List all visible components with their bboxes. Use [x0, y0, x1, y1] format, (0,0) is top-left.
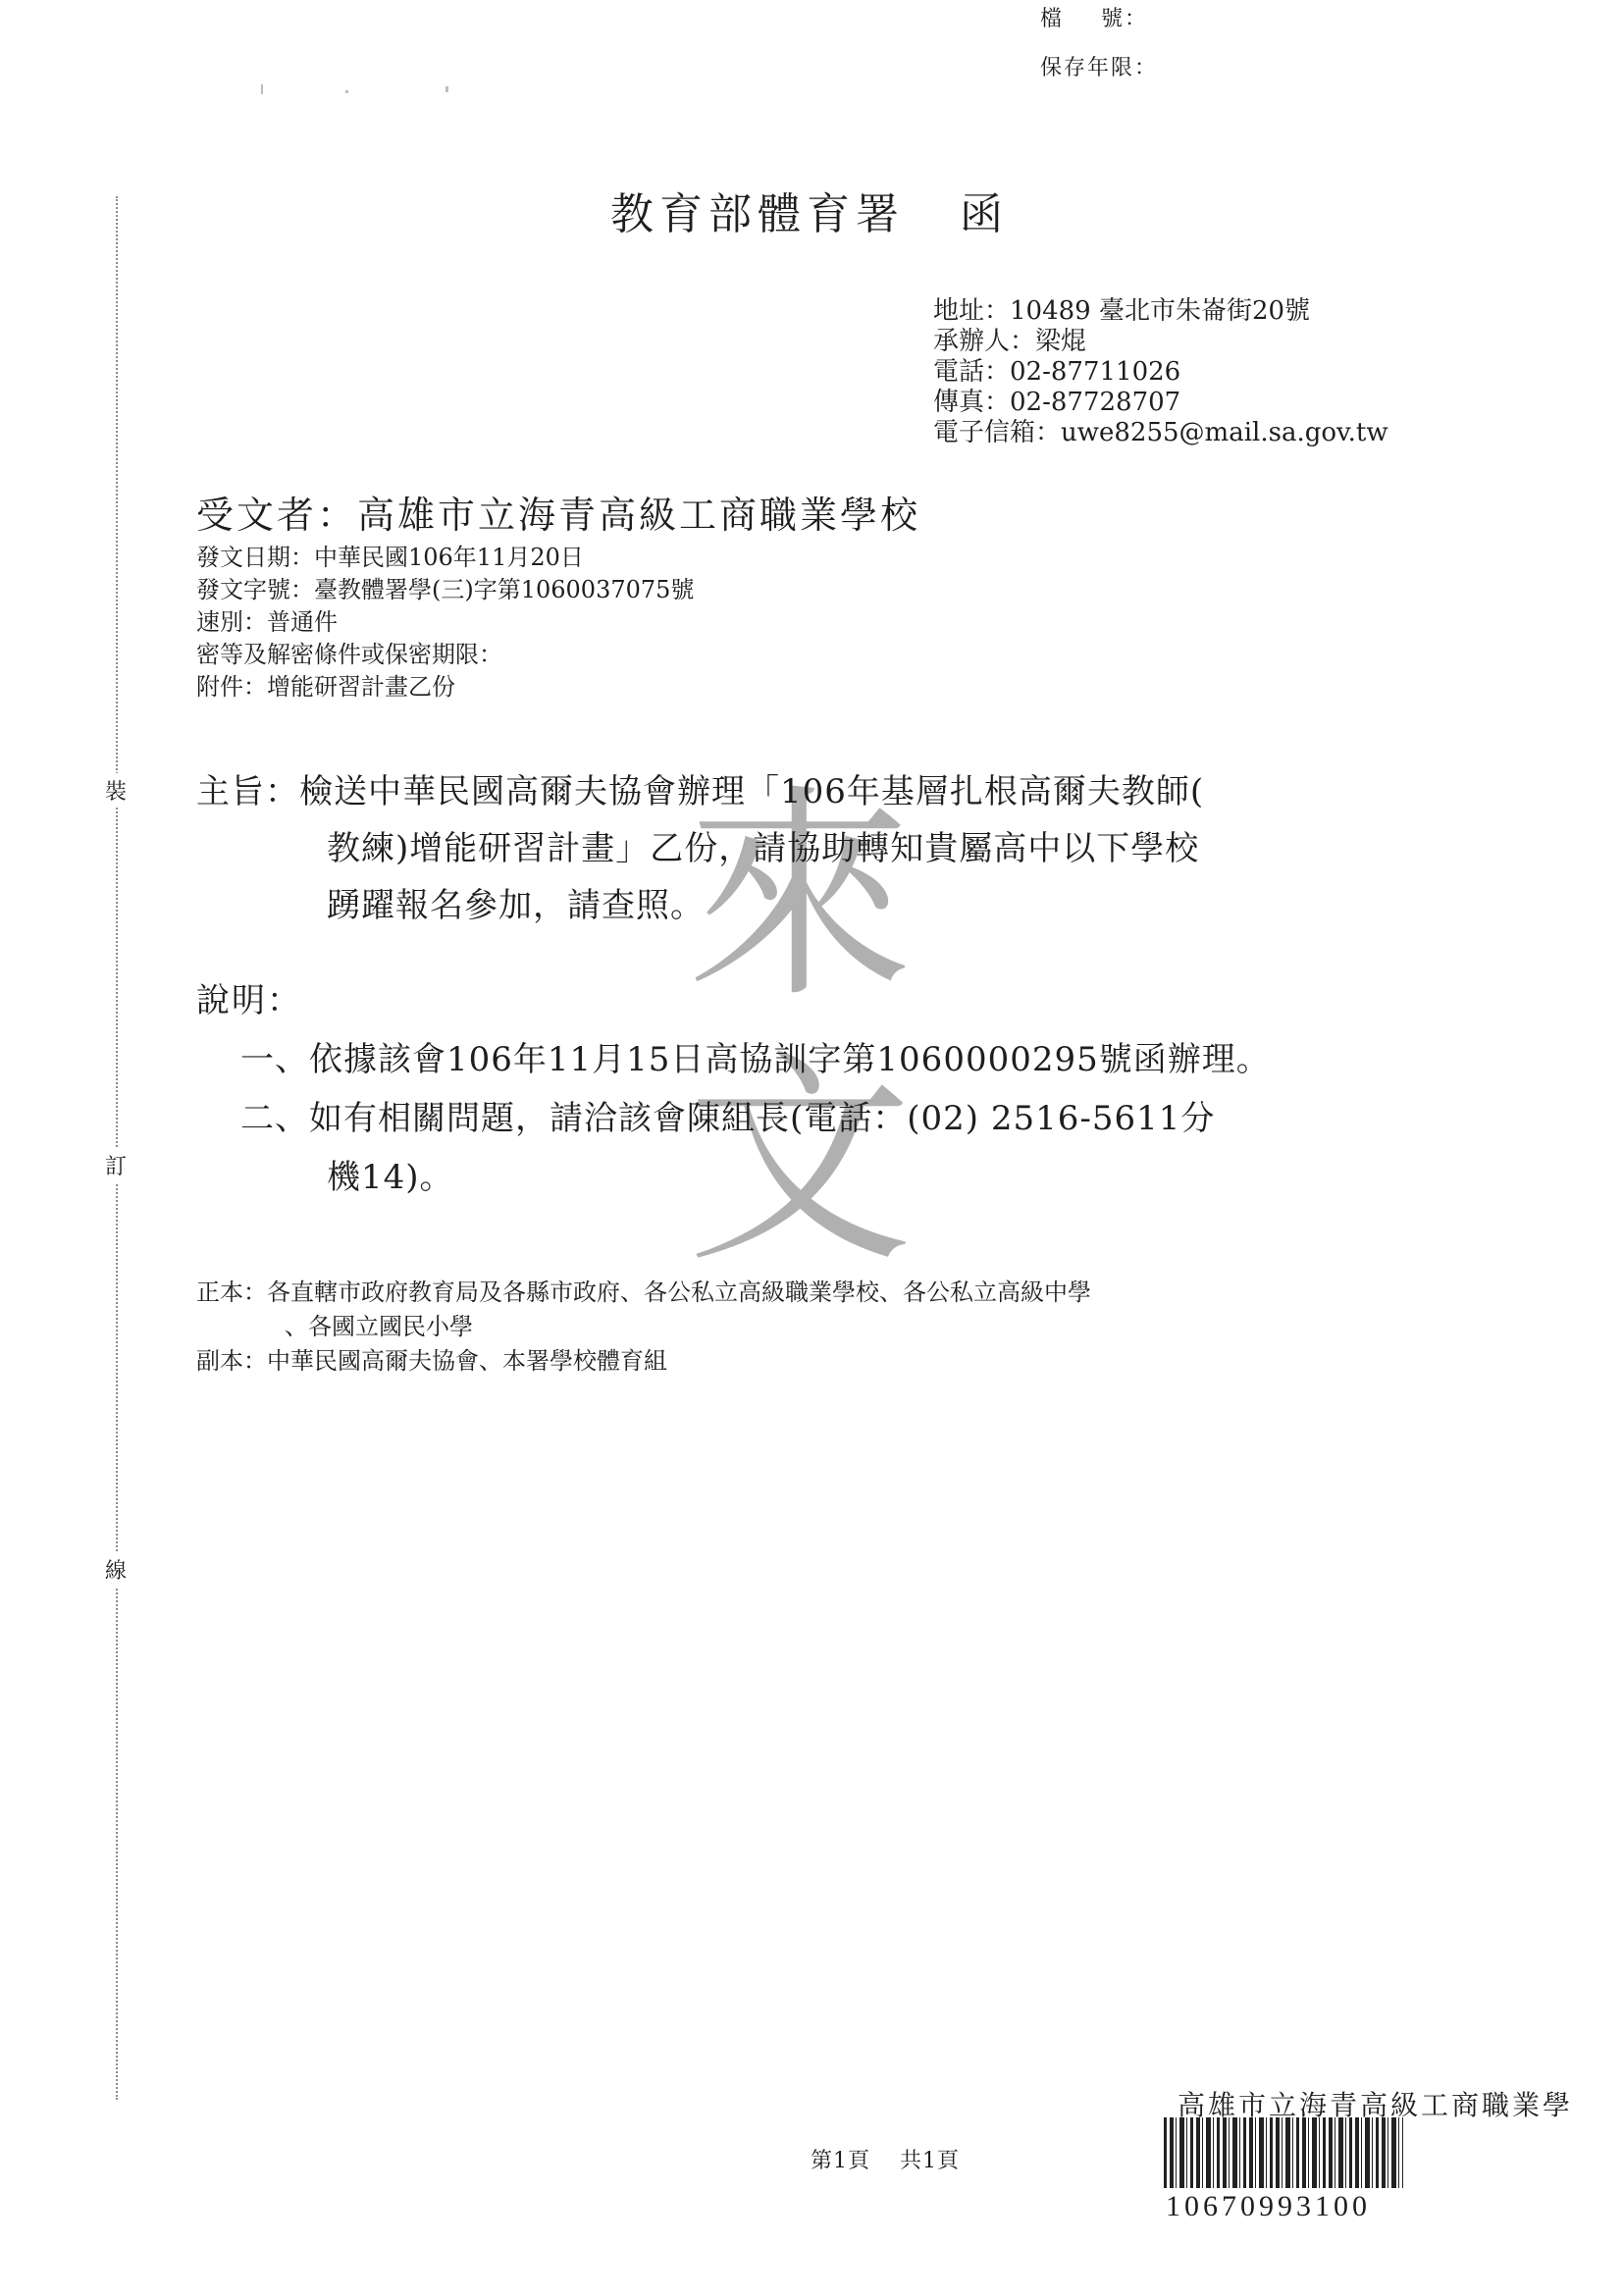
contact-address: 地址：10489 臺北市朱崙街20號 — [933, 296, 1388, 327]
distribution: 正本：各直轄市政府教育局及各縣市政府、各公私立高級職業學校、各公私立高級中學 、… — [196, 1276, 1091, 1379]
contact-phone: 電話：02-87711026 — [933, 357, 1388, 388]
explanation-title: 說明： — [196, 973, 302, 1021]
binding-char-xian: 線 — [105, 1552, 127, 1587]
barcode-number: 10670993100 — [1166, 2190, 1371, 2223]
agency-name: 教育部體育署 — [610, 189, 905, 239]
explanation-item: 二、如有相關問題，請洽該會陳組長(電話：(02) 2516-5611分 — [240, 1089, 1271, 1148]
scan-speck — [261, 84, 263, 94]
recipient: 受文者：高雄市立海青高級工商職業學校 — [196, 485, 920, 539]
document-meta: 發文日期：中華民國106年11月20日 發文字號：臺教體署學(三)字第10600… — [196, 542, 694, 704]
file-number-row: 檔號： — [1040, 2, 1148, 32]
subject-line: 教練)增能研習計畫」乙份，請協助轉知貴屬高中以下學校 — [196, 820, 1204, 877]
retention-period-row: 保存年限： — [1040, 51, 1158, 81]
contact-email: 電子信箱：uwe8255@mail.sa.gov.tw — [933, 418, 1388, 448]
document-type: 函 — [960, 189, 1009, 239]
document-title: 教育部體育署函 — [610, 179, 1009, 241]
confidentiality: 密等及解密條件或保密期限： — [196, 639, 694, 671]
page-total: 共1頁 — [900, 2149, 960, 2173]
copy-recipients: 副本：中華民國高爾夫協會、本署學校體育組 — [196, 1344, 1091, 1379]
explanation-list: 一、依據該會106年11月15日高協訓字第1060000295號函辦理。 二、如… — [240, 1030, 1271, 1207]
original-recipients: 正本：各直轄市政府教育局及各縣市政府、各公私立高級職業學校、各公私立高級中學 — [196, 1276, 1091, 1310]
contact-handler: 承辦人：梁焜 — [933, 327, 1388, 357]
page-current: 第1頁 — [811, 2149, 870, 2173]
file-number-label: 檔 — [1040, 2, 1101, 32]
attachment: 附件：增能研習計畫乙份 — [196, 671, 694, 704]
binding-char-ding: 訂 — [105, 1148, 127, 1182]
page-number: 第1頁共1頁 — [811, 2144, 960, 2174]
original-recipients-cont: 、各國立國民小學 — [196, 1310, 1091, 1344]
explanation-item: 一、依據該會106年11月15日高協訓字第1060000295號函辦理。 — [240, 1030, 1271, 1089]
barcode-icon — [1164, 2117, 1403, 2188]
binding-char-zhuang: 裝 — [105, 773, 127, 808]
file-number-label-suffix: 號： — [1101, 2, 1148, 32]
document-number: 發文字號：臺教體署學(三)字第1060037075號 — [196, 574, 694, 606]
subject-line: 主旨：檢送中華民國高爾夫協會辦理「106年基層扎根高爾夫教師( — [196, 763, 1204, 820]
subject: 主旨：檢送中華民國高爾夫協會辦理「106年基層扎根高爾夫教師( 教練)增能研習計… — [196, 763, 1204, 934]
delivery-speed: 速別：普通件 — [196, 606, 694, 639]
scan-speck — [345, 90, 348, 93]
explanation-item: 機14)。 — [240, 1148, 1271, 1207]
issue-date: 發文日期：中華民國106年11月20日 — [196, 542, 694, 574]
scan-speck — [445, 86, 448, 92]
subject-line: 踴躍報名參加，請查照。 — [196, 877, 1204, 934]
contact-block: 地址：10489 臺北市朱崙街20號 承辦人：梁焜 電話：02-87711026… — [933, 296, 1388, 448]
contact-fax: 傳真：02-87728707 — [933, 388, 1388, 418]
